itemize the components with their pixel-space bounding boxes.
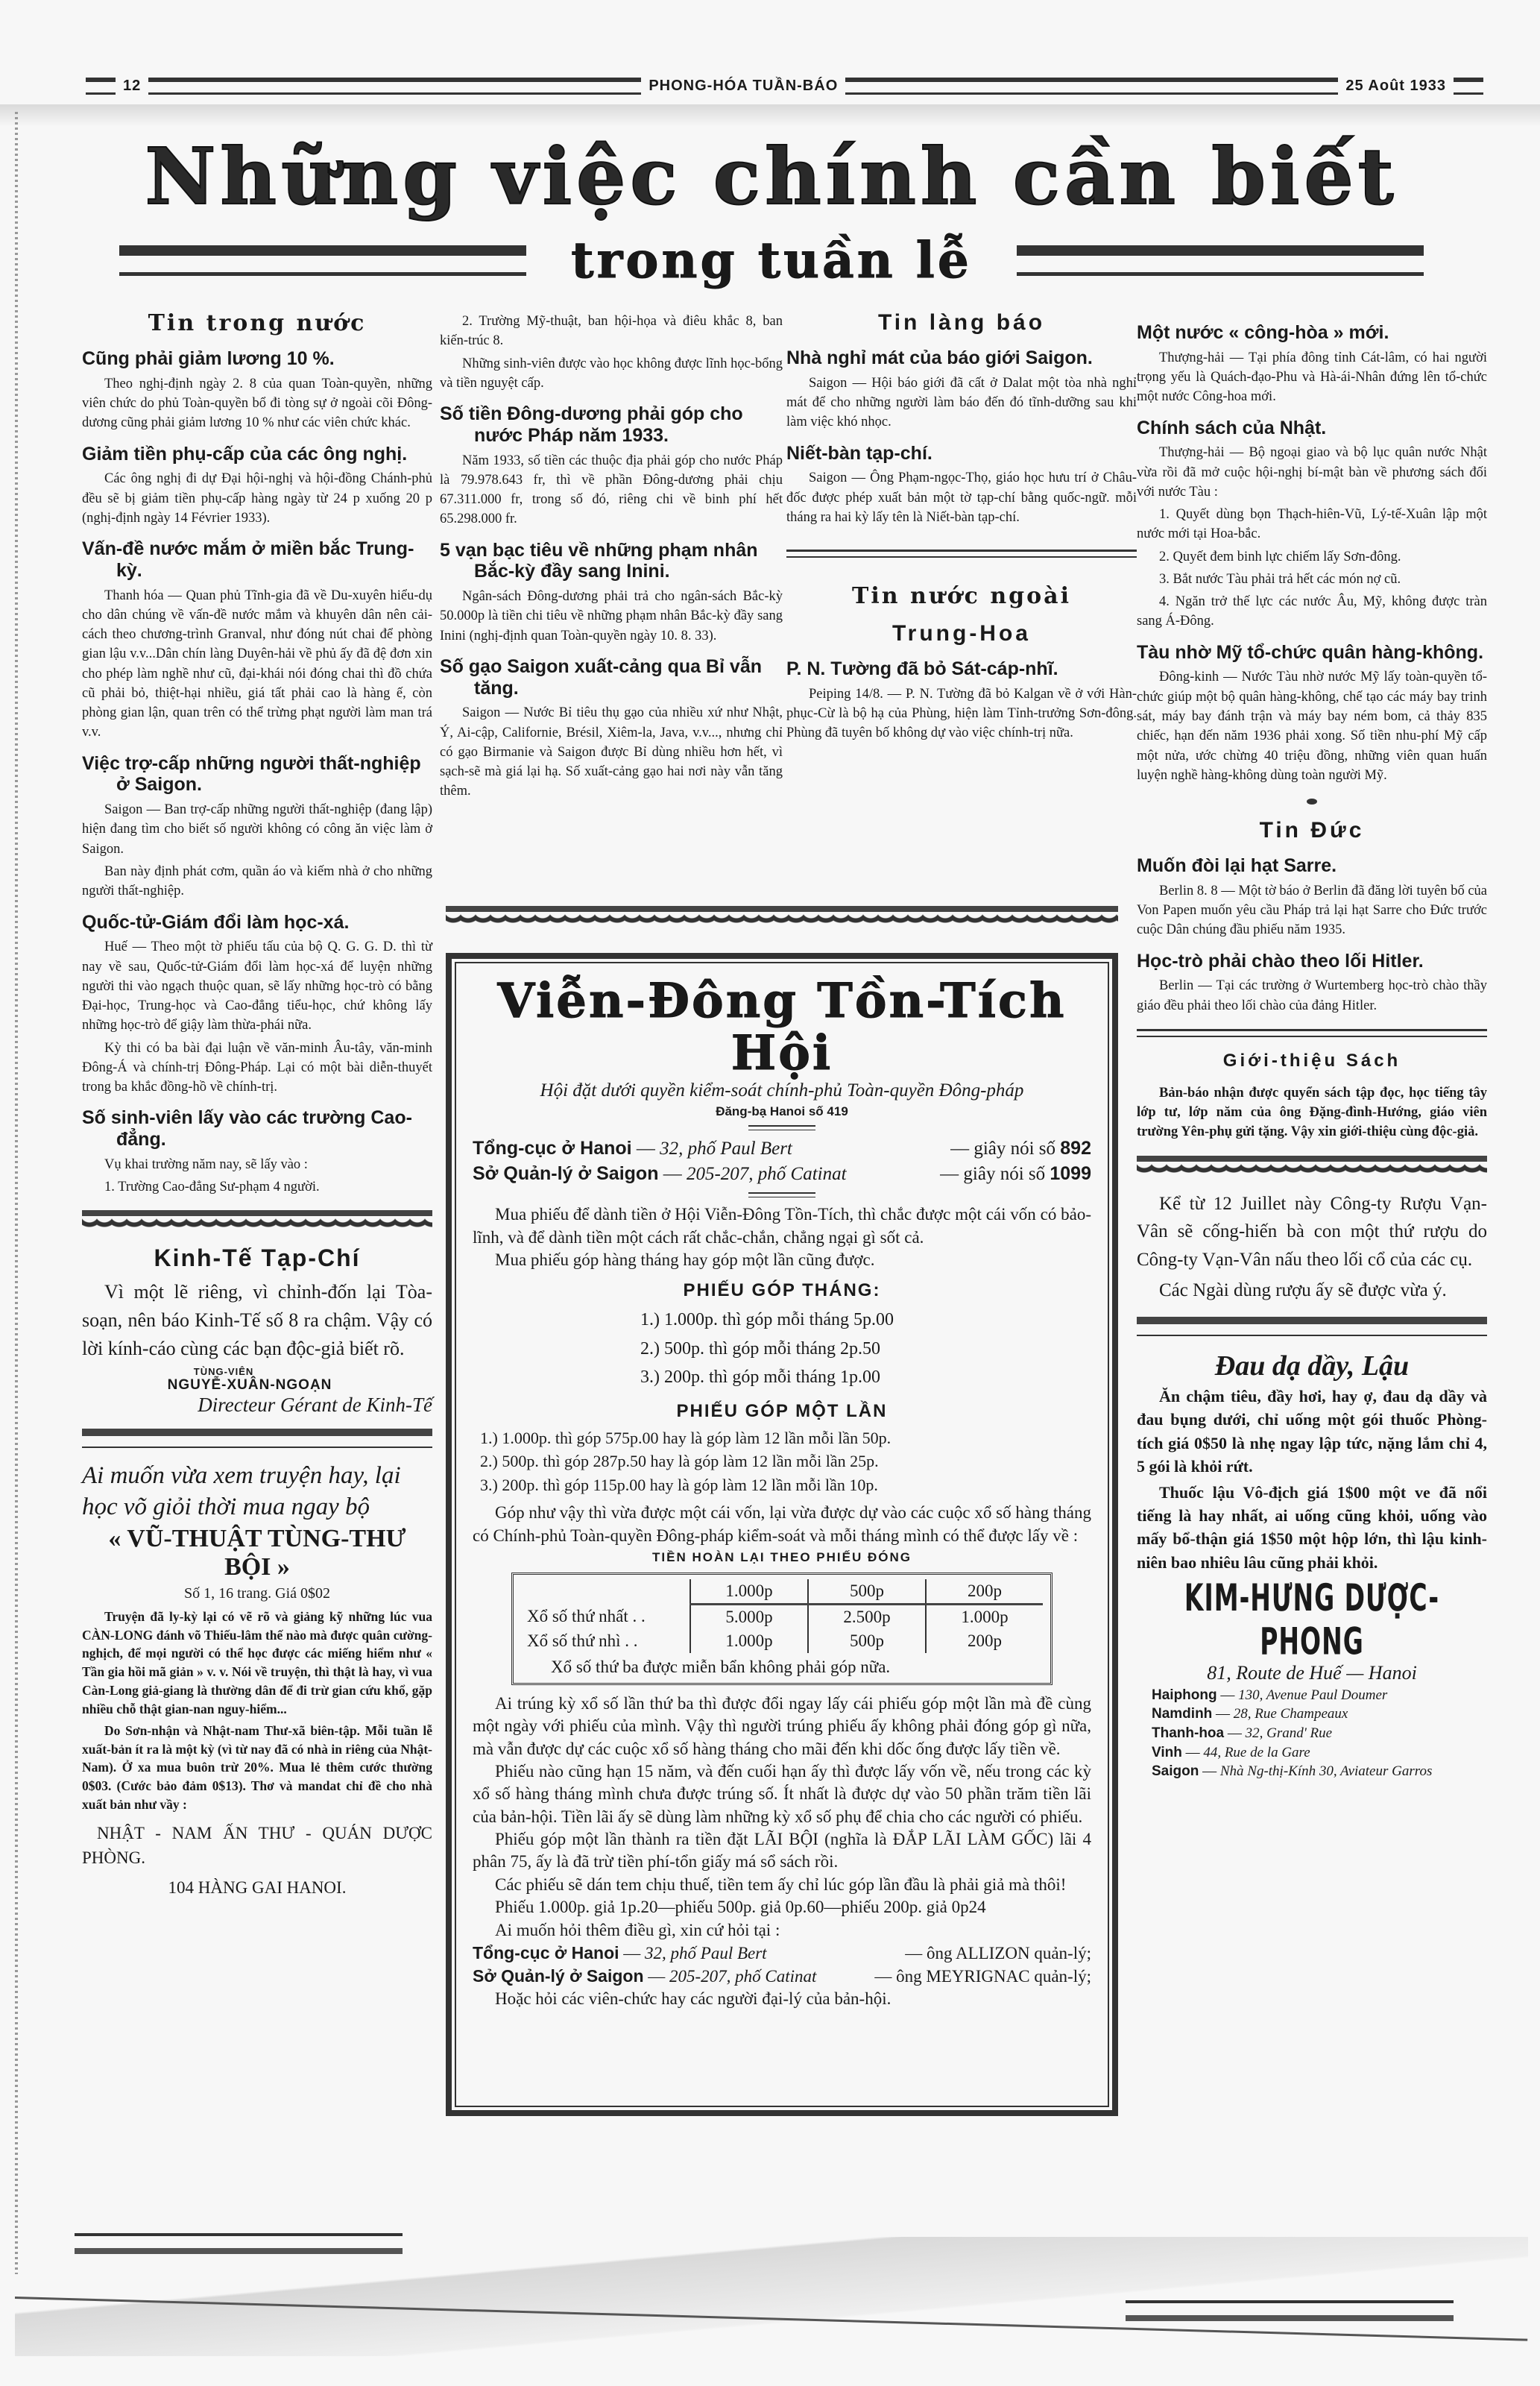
cell: 200p [926,1629,1043,1653]
office-row: Tổng-cục ở Hanoi — 32, phố Paul Bert — g… [473,1136,1091,1162]
header-rule [1454,78,1483,95]
column-4: Một nước « công-hòa » mới. Thượng-hải — … [1137,306,1487,1781]
branch-row: Saigon — Nhà Ng-thị-Kính 30, Aviateur Ga… [1152,1762,1487,1781]
table-header-row: 1.000p 500p 200p [521,1579,1043,1605]
column-header: 500p [808,1579,926,1605]
article-body: 1. Trường Cao-đẳng Sư-phạm 4 người. [82,1177,432,1197]
phone-label: giây nói số [973,1139,1055,1159]
branch-address: Nhà Ng-thị-Kính 30, Aviateur Garros [1220,1763,1433,1779]
list-item: 3.) 200p. thì góp 115p.00 hay là góp làm… [480,1473,1091,1497]
header-rule [148,78,641,95]
section-heading: Tin Đức [1137,818,1487,843]
shop-name: KIM-HƯNG DƯỢC-PHONG [1137,1576,1487,1663]
table-row: Xổ số thứ nhì . . 1.000p 500p 200p [521,1629,1043,1653]
phone-number: 1099 [1050,1163,1091,1184]
article-body: Năm 1933, số tiền các thuộc địa phải góp… [440,451,783,529]
article-body: Đông-kinh — Nước Tàu nhờ nước Mỹ lấy toà… [1137,667,1487,785]
header-rule [845,78,1338,95]
wine-ad-body: Các Ngài dùng rượu ấy sẽ được vừa ý. [1137,1277,1487,1305]
contact-row: Sở Quản-lý ở Saigon — 205-207, phố Catin… [473,1965,1091,1988]
section-heading: Giới-thiệu Sách [1137,1051,1487,1071]
ad-title: Viễn-Đông Tồn-Tích Hội [473,975,1091,1080]
office-address: 32, phố Paul Bert [660,1139,792,1159]
article-body: Saigon — Hội báo giới đã cất ở Dalat một… [786,374,1137,432]
ad-title: Kinh-Tế Tạp-Chí [82,1244,432,1272]
list-item: 3.) 200p. thì góp mỗi tháng 1p.00 [640,1363,924,1391]
article-headline: Tàu nhờ Mỹ tổ-chức quân hàng-không. [1137,642,1487,664]
ad-paragraph: Phiếu góp một lần thành ra tiền đặt LÃI … [473,1828,1091,1874]
article-headline: Niết-bàn tạp-chí. [786,443,1137,465]
table-note: Xổ số thứ ba được miễn bẩn không phải gó… [521,1653,1043,1678]
cell: 1.000p [690,1629,808,1653]
column-header: 200p [926,1579,1043,1605]
office-address: 205-207, phố Catinat [669,1967,816,1986]
column-3: Tin làng báo Nhà nghỉ mát của báo giới S… [786,306,1137,746]
article-body: Kỳ thi có ba bài đại luận về văn-minh Âu… [82,1039,432,1098]
shop-main-address: 81, Route de Huế — Hanoi [1137,1661,1487,1686]
ad-paragraph: Các phiếu sẽ dán tem chịu thuế, tiền tem… [473,1874,1091,1896]
once-heading: PHIẾU GÓP MỘT LẦN [473,1401,1091,1422]
double-rule-divider [786,550,1137,558]
office-address: 32, phố Paul Bert [645,1944,767,1962]
wavy-divider [446,906,1118,927]
article-headline: Muốn đòi lại hạt Sarre. [1137,855,1487,877]
article-body: Huế — Theo một tờ phiếu tấu của bộ Q. G.… [82,937,432,1035]
ad-price: Số 1, 16 trang. Giá 0$02 [82,1583,432,1604]
short-rule [748,1125,815,1130]
article-headline: Số sinh-viên lấy vào các trường Cao-đẳng… [82,1107,432,1150]
article-body: Peiping 14/8. — P. N. Tường đã bỏ Kalgan… [786,684,1137,743]
list-item: 1.) 1.000p. thì góp 575p.00 hay là góp l… [480,1426,1091,1450]
page-number: 12 [123,78,141,95]
row-label: Xổ số thứ nhì . . [521,1629,690,1653]
article-headline: Số tiền Đông-dương phải góp cho nước Phá… [440,403,783,447]
office-name: Sở Quản-lý ở Saigon [473,1966,644,1986]
signature-role: Directeur Gérant de Kinh-Tế [82,1394,432,1417]
list-item: 1. Quyết dùng bọn Thạch-hiên-Vũ, Lý-tế-X… [1137,505,1487,544]
page-subtitle-row: trong tuần lễ [119,231,1424,289]
article-body: Berlin 8. 8 — Một tờ báo ở Berlin đã đăn… [1137,881,1487,940]
article-headline: Học-trò phải chào theo lối Hitler. [1137,951,1487,972]
article-headline: Cũng phải giảm lương 10 %. [82,348,432,370]
article-headline: P. N. Tường đã bỏ Sát-cáp-nhĩ. [786,658,1137,680]
article-body: Theo nghị-định ngày 2. 8 của quan Toàn-q… [82,374,432,433]
cell: 1.000p [926,1604,1043,1629]
list-item: 2.) 500p. thì góp 287p.50 hay là góp làm… [480,1449,1091,1473]
article-body: Saigon — Nước Bỉ tiêu thụ gạo của nhiều … [440,703,783,801]
short-rule [748,1192,815,1197]
article-headline: Nhà nghỉ mát của báo giới Saigon. [786,347,1137,369]
section-heading: Tin trong nước [82,310,432,336]
branch-city: Thanh-hoa [1152,1725,1224,1741]
ad-body: Vì một lẽ riêng, vì chỉnh-đốn lại Tòa-so… [82,1278,432,1362]
office-name: Tổng-cục ở Hanoi [473,1943,619,1962]
cell: 5.000p [690,1604,808,1629]
article-body: Vụ khai trường năm nay, sẽ lấy vào : [82,1155,432,1174]
medicine-ad-body: Thuốc lậu Vô-địch giá 1$00 một ve đã nổi… [1137,1481,1487,1574]
ad-signature: TÙNG-VIÊN NGUYỄ-XUÂN-NGOẠN Directeur Gér… [82,1366,432,1417]
page-title: Những việc chính cần biết [119,134,1424,219]
ad-paragraph: Ai muốn hỏi thêm điều gì, xin cứ hỏi tại… [473,1919,1091,1942]
subtitle-rule-left [119,245,526,276]
wavy-divider [1137,1156,1487,1177]
medicine-ad-body: Ăn chậm tiêu, đầy hơi, hay ợ, đau dạ dầy… [1137,1385,1487,1478]
article-body: 2. Trường Mỹ-thuật, ban hội-họa và điêu … [440,312,783,351]
article-headline: Số gạo Saigon xuất-cảng qua Bỉ vẫn tăng. [440,656,783,699]
ad-address: 104 HÀNG GAI HANOI. [82,1876,432,1901]
branch-address: 32, Grand' Rue [1246,1725,1332,1741]
branch-row: Thanh-hoa — 32, Grand' Rue [1152,1724,1487,1743]
office-name: Sở Quản-lý ở Saigon [473,1163,658,1184]
thick-divider [1137,1317,1487,1336]
ad-body: Truyện đã ly-kỳ lại có vẽ rõ và giảng kỹ… [82,1608,432,1719]
article-headline: Việc trợ-cấp những người thất-nghiệp ở S… [82,753,432,796]
column-header: 1.000p [690,1579,808,1605]
table-row: Xổ số thứ nhất . . 5.000p 2.500p 1.000p [521,1604,1043,1629]
cell: 2.500p [808,1604,926,1629]
ad-registration: Đăng-bạ Hanoi số 419 [473,1104,1091,1119]
office-address: 205-207, phố Catinat [687,1164,847,1184]
wine-ad-body: Kể từ 12 Juillet này Công-ty Rượu Vạn-Vâ… [1137,1190,1487,1274]
scan-shadow [0,104,1540,127]
scan-artifact [15,2237,1528,2356]
signature-name: NGUYỄ-XUÂN-NGOẠN [82,1377,417,1394]
page-subtitle: trong tuần lễ [571,231,972,289]
article-body: Thượng-hải — Bộ ngoại giao và bộ lục quâ… [1137,443,1487,502]
returns-table: 1.000p 500p 200p Xổ số thứ nhất . . 5.00… [511,1573,1053,1685]
ad-paragraph: Phiếu nào cũng hạn 15 năm, và đến cuối h… [473,1760,1091,1828]
branch-row: Vinh — 44, Rue de la Gare [1152,1743,1487,1763]
ad-subtitle: Hội đặt dưới quyền kiểm-soát chính-phủ T… [473,1080,1091,1101]
article-body: Saigon — Ban trợ-cấp những người thất-ng… [82,800,432,859]
subtitle-rule-right [1017,245,1424,276]
article-headline: 5 vạn bạc tiêu về những phạm nhân Bắc-kỳ… [440,540,783,583]
wavy-divider [82,1210,432,1231]
article-body: Thượng-hải — Tại phía đông tỉnh Cát-lâm,… [1137,348,1487,407]
ad-body: Do Sơn-nhận và Nhật-nam Thư-xã biên-tập.… [82,1722,432,1814]
page-edge [15,112,18,2274]
branch-city: Haiphong [1152,1687,1217,1703]
ad-lead: Ai muốn vừa xem truyện hay, lại học võ g… [82,1460,432,1524]
medicine-ad-title: Đau dạ dầy, Lậu [1137,1348,1487,1385]
branch-city: Namdinh [1152,1706,1212,1722]
article-body: Những sinh-viên được vào học không được … [440,354,783,394]
office-name: Tổng-cục ở Hanoi [473,1138,632,1159]
branch-city: Saigon [1152,1763,1199,1779]
double-rule-divider [1137,1029,1487,1037]
article-headline: Quốc-tử-Giám đổi làm học-xá. [82,912,432,934]
column-2: 2. Trường Mỹ-thuật, ban hội-họa và điêu … [440,306,783,805]
table-title: TIỀN HOÀN LẠI THEO PHIẾU ĐÓNG [473,1550,1091,1565]
list-item: 4. Ngăn trở thế lực các nước Âu, Mỹ, khô… [1137,592,1487,632]
article-headline: Một nước « công-hòa » mới. [1137,322,1487,344]
office-manager: ông MEYRIGNAC quản-lý; [896,1967,1091,1986]
advertisement-vien-dong: Viễn-Đông Tồn-Tích Hội Hội đặt dưới quyề… [446,953,1118,2116]
phone-number: 892 [1060,1138,1091,1159]
office-row: Sở Quản-lý ở Saigon — 205-207, phố Catin… [473,1162,1091,1187]
monthly-list: 1.) 1.000p. thì góp mỗi tháng 5p.00 2.) … [640,1306,924,1391]
ad-paragraph: Ai trúng kỳ xổ số lần thứ ba thì được đổ… [473,1693,1091,1760]
newspaper-page: 12 PHONG-HÓA TUẦN-BÁO 25 Août 1933 Những… [0,0,1540,2386]
article-body: Thanh hóa — Quan phủ Tĩnh-gia đã về Du-x… [82,586,432,743]
list-item: 3. Bắt nước Tàu phải trả hết các món nợ … [1137,570,1487,589]
ad-paragraph: Mua phiếu để dành tiền ở Hội Viễn-Đông T… [473,1203,1091,1249]
ad-paragraph: Mua phiếu góp hàng tháng hay góp một lần… [473,1249,1091,1271]
header-rule [86,78,116,95]
column-1: Tin trong nước Cũng phải giảm lương 10 %… [82,306,432,1904]
signature-label: TÙNG-VIÊN [82,1366,365,1377]
contact-row: Tổng-cục ở Hanoi — 32, phố Paul Bert — ô… [473,1942,1091,1965]
issue-date: 25 Août 1933 [1345,78,1446,95]
article-body: Các ông nghị đi dự Đại hội-nghị và hội-đ… [82,469,432,528]
branch-address: 28, Rue Champeaux [1234,1706,1348,1722]
subsection-heading: Trung-Hoa [786,621,1137,646]
ad-closing: Hoặc hỏi các viên-chức hay các người đại… [473,1988,1091,2010]
running-header: 12 PHONG-HÓA TUẦN-BÁO 25 Août 1933 [86,71,1483,101]
ornament-icon [1307,799,1317,805]
book-body: Bản-báo nhận được quyển sách tập đọc, họ… [1137,1083,1487,1142]
list-item: 2.) 500p. thì góp mỗi tháng 2p.50 [640,1335,924,1363]
article-headline: Giảm tiền phụ-cấp của các ông nghị. [82,444,432,465]
branch-address: 130, Avenue Paul Doumer [1238,1687,1387,1703]
ad-title: « VŨ-THUẬT TÙNG-THƯ BỘI » [82,1525,432,1581]
branch-address: 44, Rue de la Gare [1203,1745,1310,1760]
monthly-heading: PHIẾU GÓP THÁNG: [473,1280,1091,1301]
article-body: Ngân-sách Đông-dương phải trả cho ngân-s… [440,587,783,646]
branch-row: Namdinh — 28, Rue Champeaux [1152,1704,1487,1724]
list-item: 2. Quyết đem binh lực chiếm lấy Sơn-đông… [1137,547,1487,567]
thick-divider [82,1429,432,1448]
phone-label: giây nói số [963,1164,1045,1184]
ad-paragraph: Góp như vậy thì vừa được một cái vốn, lạ… [473,1502,1091,1547]
row-label: Xổ số thứ nhất . . [521,1604,690,1629]
branch-city: Vinh [1152,1745,1182,1760]
ad-prices: Phiếu 1.000p. giả 1p.20—phiếu 500p. giả … [473,1896,1091,1918]
article-body: Ban này định phát cơm, quần áo và kiếm n… [82,862,432,901]
article-headline: Vấn-đề nước mắm ở miền bắc Trung-kỳ. [82,538,432,582]
section-heading: Tin nước ngoài [786,583,1137,609]
once-list: 1.) 1.000p. thì góp 575p.00 hay là góp l… [473,1426,1091,1498]
branch-list: Haiphong — 130, Avenue Paul Doumer Namdi… [1137,1686,1487,1781]
publication-name: PHONG-HÓA TUẦN-BÁO [648,78,838,95]
list-item: 1.) 1.000p. thì góp mỗi tháng 5p.00 [640,1306,924,1334]
scan-fold-line [15,2297,1527,2341]
article-headline: Chính sách của Nhật. [1137,418,1487,439]
article-body: Saigon — Ông Phạm-ngọc-Thọ, giáo học hưu… [786,468,1137,527]
office-manager: ông ALLIZON quản-lý; [927,1944,1091,1962]
ad-publisher: NHẬT - NAM ẤN THƯ - QUÁN DƯỢC PHÒNG. [82,1822,432,1870]
cell: 500p [808,1629,926,1653]
section-heading: Tin làng báo [786,310,1137,336]
branch-row: Haiphong — 130, Avenue Paul Doumer [1152,1686,1487,1705]
article-body: Berlin — Tại các trường ở Wurtemberg học… [1137,976,1487,1016]
